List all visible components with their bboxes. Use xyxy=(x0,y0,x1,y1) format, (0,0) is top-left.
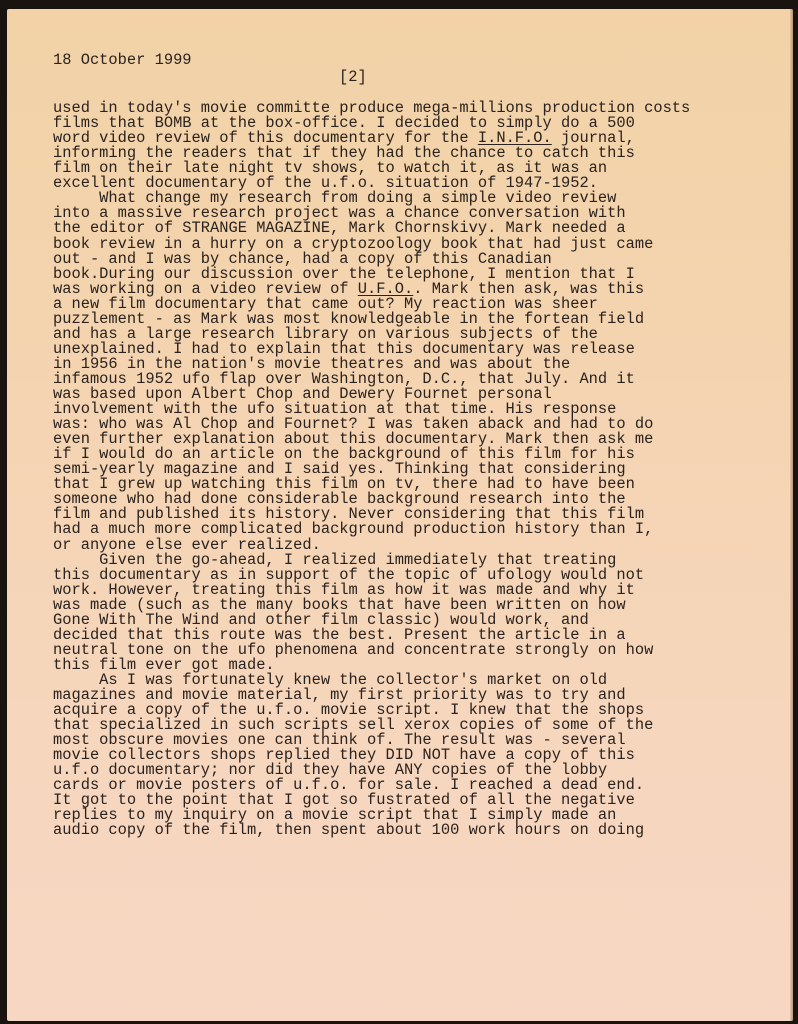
paper-sheet: 18 October 1999 [2] used in today's movi… xyxy=(7,9,793,1021)
page-number: [2] xyxy=(339,70,367,85)
scanned-page: 18 October 1999 [2] used in today's movi… xyxy=(0,0,798,1024)
text-line: audio copy of the film, then spent about… xyxy=(53,823,644,838)
document-date: 18 October 1999 xyxy=(53,53,192,68)
paper-edge xyxy=(790,9,793,1021)
